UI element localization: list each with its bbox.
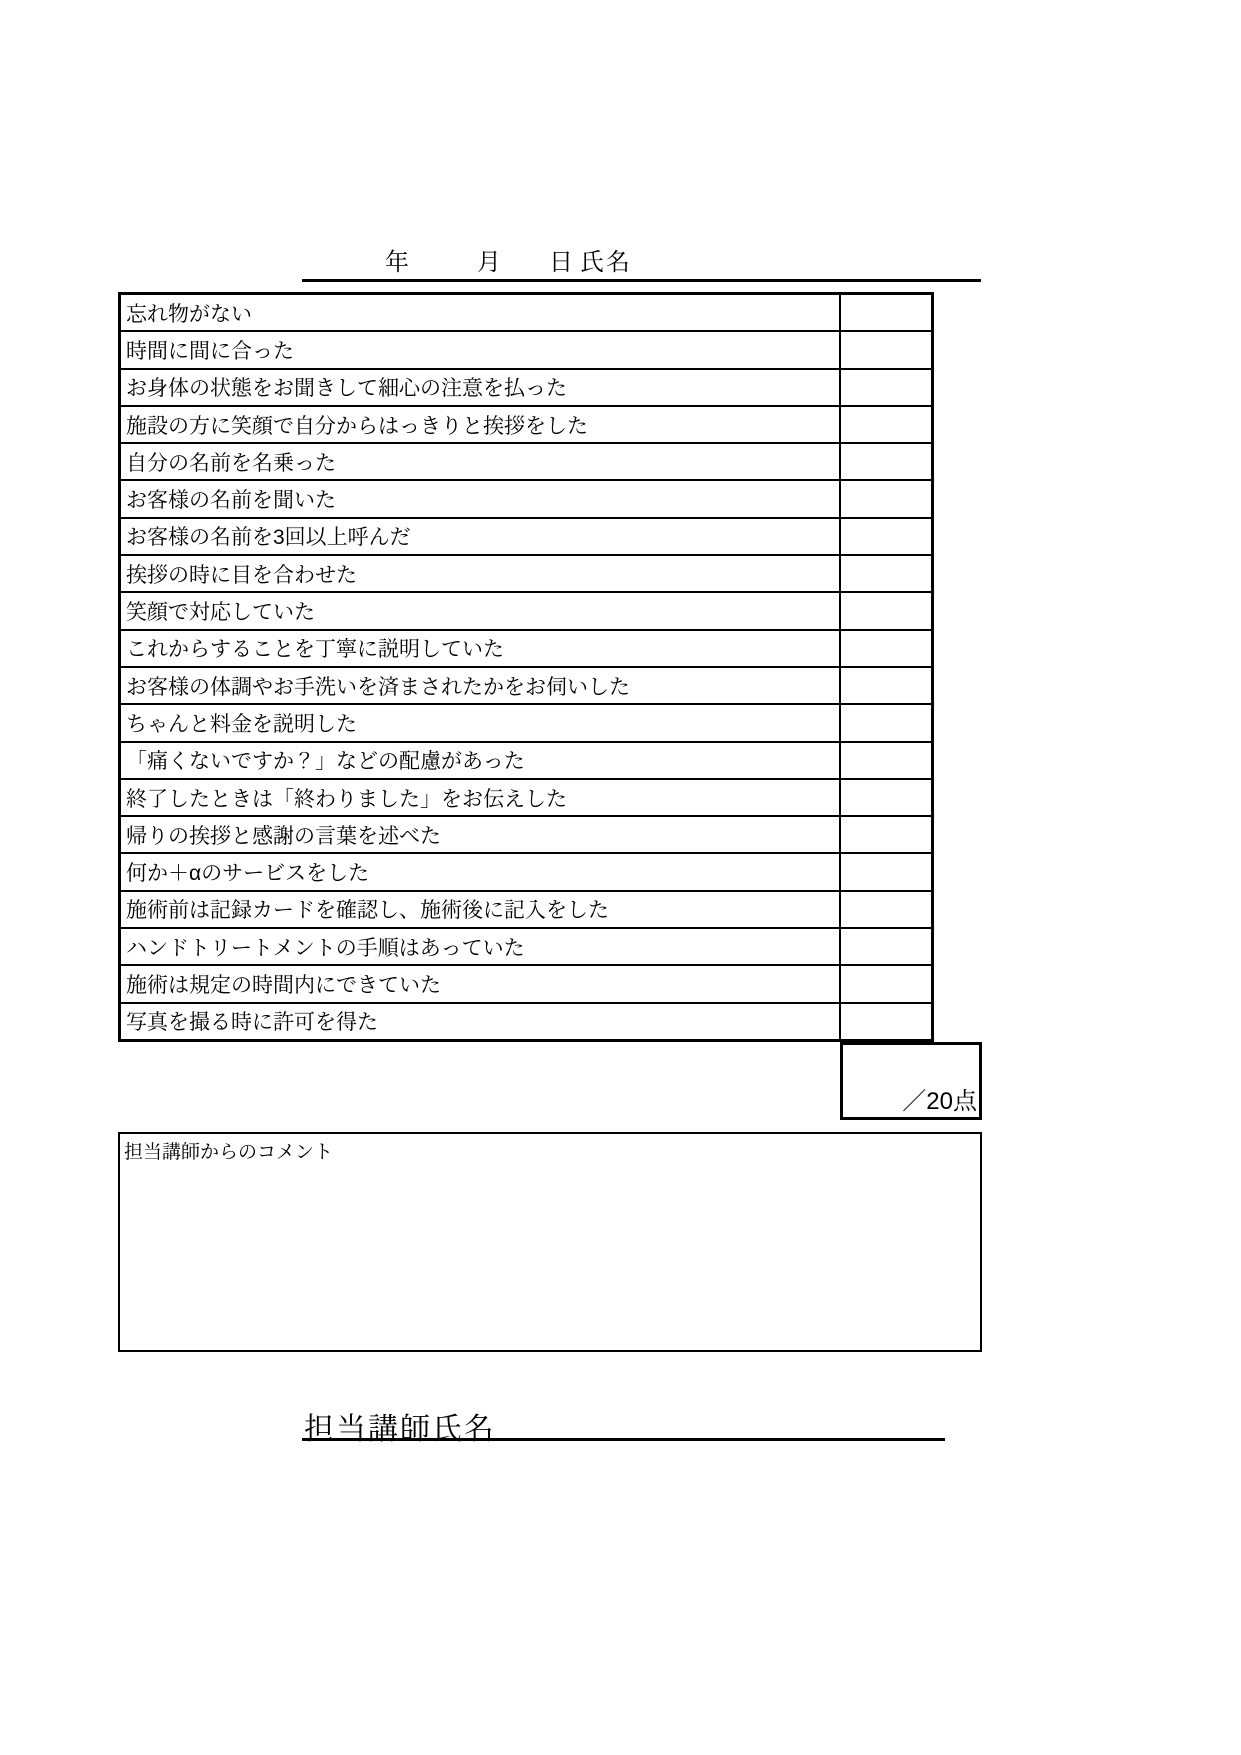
checklist-row: 忘れ物がない [121, 295, 931, 330]
checklist-score-cell[interactable] [841, 929, 931, 964]
checklist-item-label: 自分の名前を名乗った [121, 444, 841, 479]
instructor-comment-box[interactable]: 担当講師からのコメント [118, 1132, 982, 1352]
checklist-item-label: 帰りの挨拶と感謝の言葉を述べた [121, 817, 841, 852]
checklist-row: 何か＋αのサービスをした [121, 852, 931, 889]
checklist-row: 挨拶の時に目を合わせた [121, 554, 931, 591]
checklist-score-cell[interactable] [841, 519, 931, 554]
checklist-item-label: お客様の名前を3回以上呼んだ [121, 519, 841, 554]
checklist-item-label: ちゃんと料金を説明した [121, 705, 841, 740]
checklist-row: これからすることを丁寧に説明していた [121, 629, 931, 666]
checklist-row: 終了したときは「終わりました」をお伝えした [121, 778, 931, 815]
checklist-row: お客様の名前を3回以上呼んだ [121, 517, 931, 554]
checklist-score-cell[interactable] [841, 332, 931, 367]
checklist-score-cell[interactable] [841, 705, 931, 740]
checklist-item-label: 施術前は記録カードを確認し、施術後に記入をした [121, 892, 841, 927]
checklist-score-cell[interactable] [841, 295, 931, 330]
checklist-item-label: 終了したときは「終わりました」をお伝えした [121, 780, 841, 815]
checklist-item-label: これからすることを丁寧に説明していた [121, 631, 841, 666]
checklist-score-cell[interactable] [841, 556, 931, 591]
checklist-score-cell[interactable] [841, 743, 931, 778]
date-name-write-in-line[interactable] [302, 279, 981, 282]
checklist-score-cell[interactable] [841, 1004, 931, 1039]
checklist-score-cell[interactable] [841, 966, 931, 1001]
checklist-item-label: 挨拶の時に目を合わせた [121, 556, 841, 591]
header-day-label: 日 [549, 242, 575, 277]
checklist-row: 自分の名前を名乗った [121, 442, 931, 479]
checklist-score-cell[interactable] [841, 593, 931, 628]
checklist-row: 施術は規定の時間内にできていた [121, 964, 931, 1001]
checklist-row: お客様の体調やお手洗いを済まされたかをお伺いした [121, 666, 931, 703]
checklist-score-cell[interactable] [841, 370, 931, 405]
header-year-label: 年 [385, 242, 411, 277]
checklist-row: お身体の状態をお聞きして細心の注意を払った [121, 368, 931, 405]
checklist-score-cell[interactable] [841, 854, 931, 889]
checklist-item-label: お客様の名前を聞いた [121, 481, 841, 516]
checklist-score-cell[interactable] [841, 631, 931, 666]
checklist-score-cell[interactable] [841, 780, 931, 815]
checklist-item-label: ハンドトリートメントの手順はあっていた [121, 929, 841, 964]
checklist-score-cell[interactable] [841, 668, 931, 703]
instructor-name-label: 担当講師氏名 [304, 1404, 496, 1448]
checklist-row: 帰りの挨拶と感謝の言葉を述べた [121, 815, 931, 852]
checklist-item-label: 何か＋αのサービスをした [121, 854, 841, 889]
checklist-item-label: お客様の体調やお手洗いを済まされたかをお伺いした [121, 668, 841, 703]
checklist-row: 施設の方に笑顔で自分からはっきりと挨拶をした [121, 405, 931, 442]
instructor-comment-label: 担当講師からのコメント [120, 1134, 980, 1164]
checklist-score-cell[interactable] [841, 444, 931, 479]
checklist-row: ちゃんと料金を説明した [121, 703, 931, 740]
total-score-box[interactable]: ／20点 [840, 1042, 982, 1120]
checklist-item-label: 写真を撮る時に許可を得た [121, 1004, 841, 1039]
checklist-row: 写真を撮る時に許可を得た [121, 1002, 931, 1039]
checklist-row: お客様の名前を聞いた [121, 479, 931, 516]
checklist-row: ハンドトリートメントの手順はあっていた [121, 927, 931, 964]
checklist-item-label: 笑顔で対応していた [121, 593, 841, 628]
instructor-name-write-in-line[interactable] [302, 1438, 945, 1441]
checklist-score-cell[interactable] [841, 481, 931, 516]
checklist-score-cell[interactable] [841, 407, 931, 442]
checklist-item-label: 時間に間に合った [121, 332, 841, 367]
checklist-score-cell[interactable] [841, 892, 931, 927]
checklist-item-label: 施設の方に笑顔で自分からはっきりと挨拶をした [121, 407, 841, 442]
evaluation-sheet: 年 月 日 氏名 忘れ物がない 時間に間に合った お身体の状態をお聞きして細心の… [0, 0, 1241, 1755]
checklist-row: 笑顔で対応していた [121, 591, 931, 628]
checklist-item-label: お身体の状態をお聞きして細心の注意を払った [121, 370, 841, 405]
checklist-item-label: 施術は規定の時間内にできていた [121, 966, 841, 1001]
checklist-row: 時間に間に合った [121, 330, 931, 367]
checklist-item-label: 忘れ物がない [121, 295, 841, 330]
header-name-label: 氏名 [580, 242, 632, 277]
checklist-score-cell[interactable] [841, 817, 931, 852]
checklist-row: 「痛くないですか？」などの配慮があった [121, 741, 931, 778]
checklist-row: 施術前は記録カードを確認し、施術後に記入をした [121, 890, 931, 927]
total-score-label: ／20点 [902, 1081, 977, 1116]
header-month-label: 月 [477, 242, 503, 277]
checklist-table: 忘れ物がない 時間に間に合った お身体の状態をお聞きして細心の注意を払った 施設… [118, 292, 934, 1042]
checklist-item-label: 「痛くないですか？」などの配慮があった [121, 743, 841, 778]
